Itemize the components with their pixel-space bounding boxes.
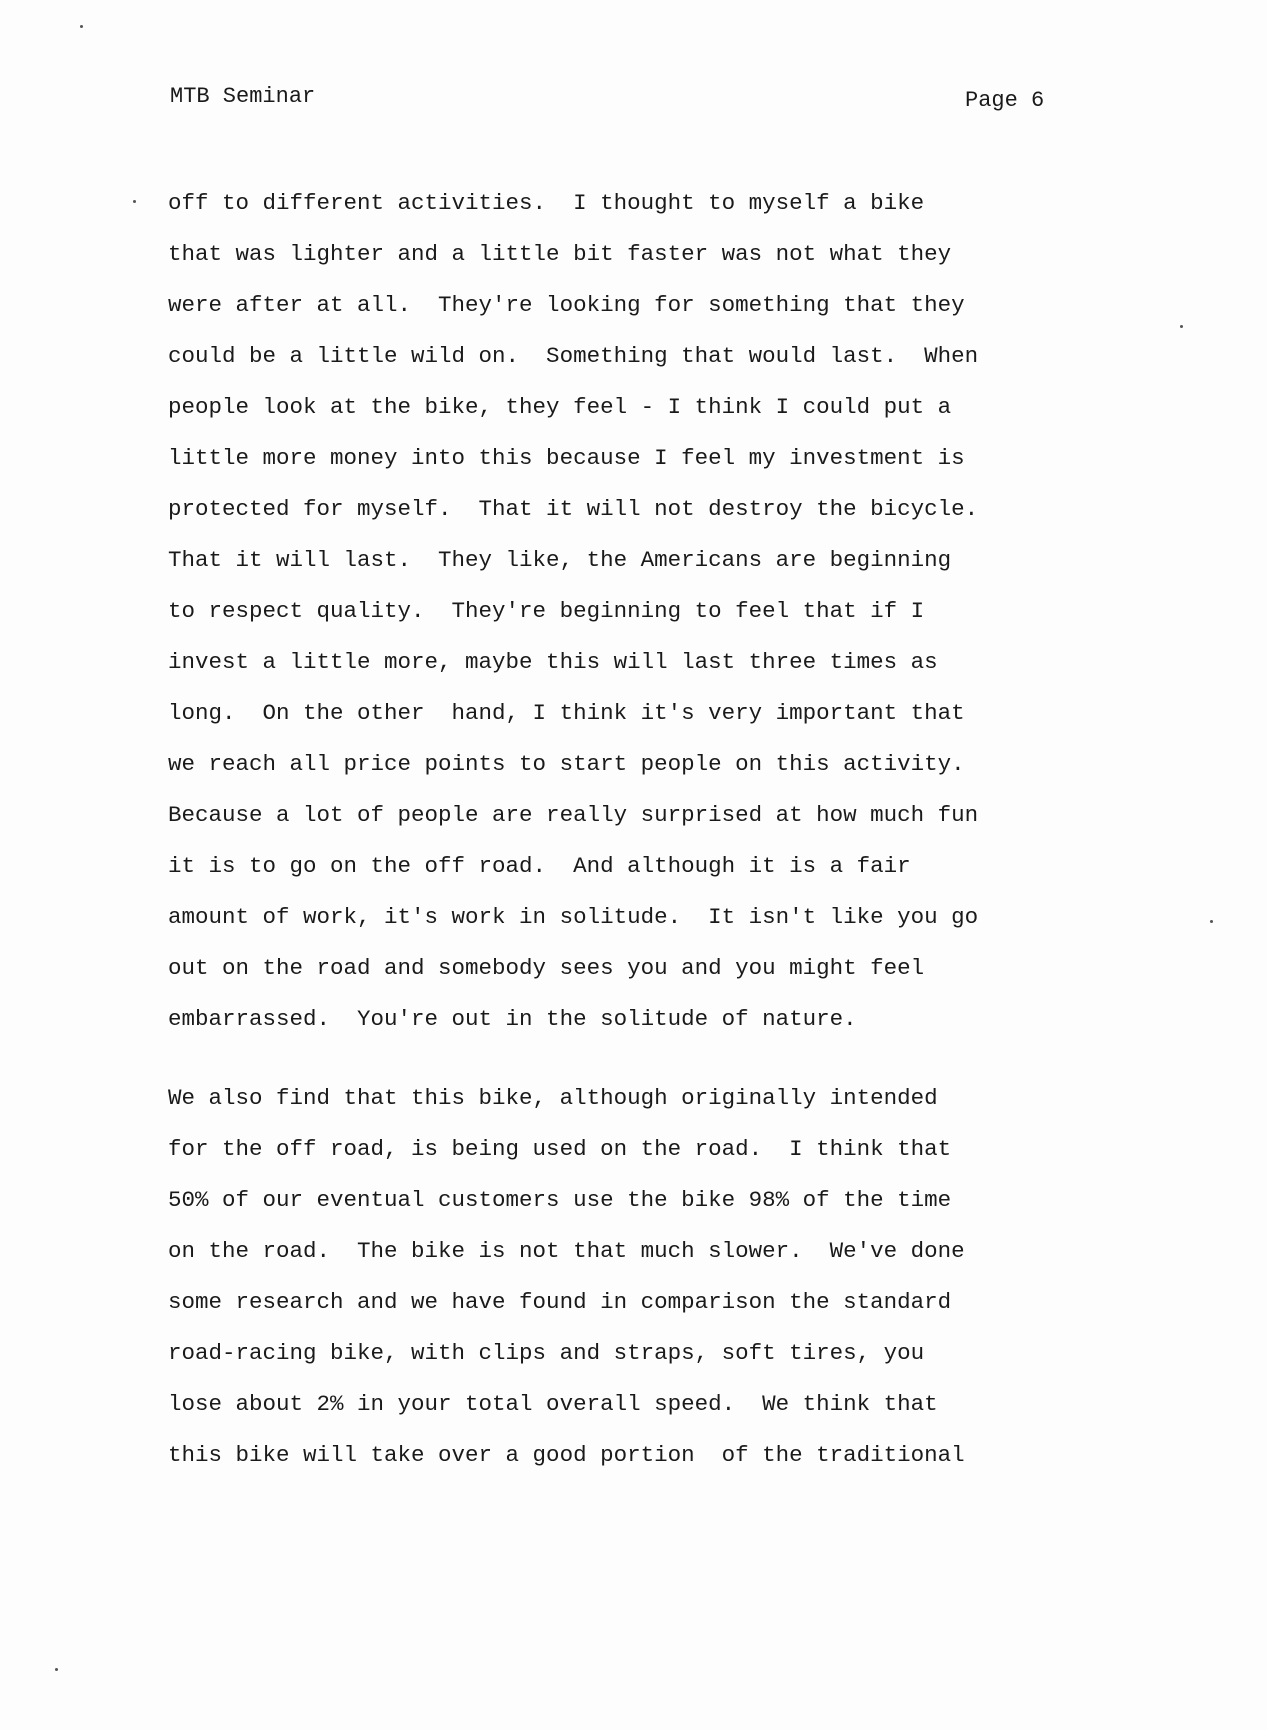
page-number: Page 6 bbox=[965, 88, 1044, 113]
text-line: lose about 2% in your total overall spee… bbox=[168, 1379, 1168, 1430]
text-line: long. On the other hand, I think it's ve… bbox=[168, 688, 1168, 739]
text-line: protected for myself. That it will not d… bbox=[168, 484, 1168, 535]
text-line: invest a little more, maybe this will la… bbox=[168, 637, 1168, 688]
text-line: could be a little wild on. Something tha… bbox=[168, 331, 1168, 382]
scan-speck bbox=[133, 200, 136, 203]
text-line: amount of work, it's work in solitude. I… bbox=[168, 892, 1168, 943]
scan-speck bbox=[80, 25, 83, 28]
text-line: That it will last. They like, the Americ… bbox=[168, 535, 1168, 586]
text-line: we reach all price points to start peopl… bbox=[168, 739, 1168, 790]
text-line: little more money into this because I fe… bbox=[168, 433, 1168, 484]
scan-speck bbox=[55, 1668, 58, 1671]
text-line: that was lighter and a little bit faster… bbox=[168, 229, 1168, 280]
text-line: it is to go on the off road. And althoug… bbox=[168, 841, 1168, 892]
text-line: 50% of our eventual customers use the bi… bbox=[168, 1175, 1168, 1226]
document-page: MTB Seminar Page 6 off to different acti… bbox=[0, 0, 1267, 1730]
text-line: were after at all. They're looking for s… bbox=[168, 280, 1168, 331]
scan-speck bbox=[1210, 920, 1213, 923]
text-line: road-racing bike, with clips and straps,… bbox=[168, 1328, 1168, 1379]
text-line: for the off road, is being used on the r… bbox=[168, 1124, 1168, 1175]
text-line: embarrassed. You're out in the solitude … bbox=[168, 994, 1168, 1045]
text-line: Because a lot of people are really surpr… bbox=[168, 790, 1168, 841]
document-title: MTB Seminar bbox=[170, 84, 315, 109]
text-line: some research and we have found in compa… bbox=[168, 1277, 1168, 1328]
text-line: to respect quality. They're beginning to… bbox=[168, 586, 1168, 637]
text-line: out on the road and somebody sees you an… bbox=[168, 943, 1168, 994]
paragraph-2: We also find that this bike, although or… bbox=[168, 1073, 1168, 1481]
paragraph-1: off to different activities. I thought t… bbox=[168, 178, 1168, 1045]
text-line: We also find that this bike, although or… bbox=[168, 1073, 1168, 1124]
text-line: people look at the bike, they feel - I t… bbox=[168, 382, 1168, 433]
scan-speck bbox=[1180, 325, 1183, 328]
text-line: this bike will take over a good portion … bbox=[168, 1430, 1168, 1481]
text-line: off to different activities. I thought t… bbox=[168, 178, 1168, 229]
text-line: on the road. The bike is not that much s… bbox=[168, 1226, 1168, 1277]
